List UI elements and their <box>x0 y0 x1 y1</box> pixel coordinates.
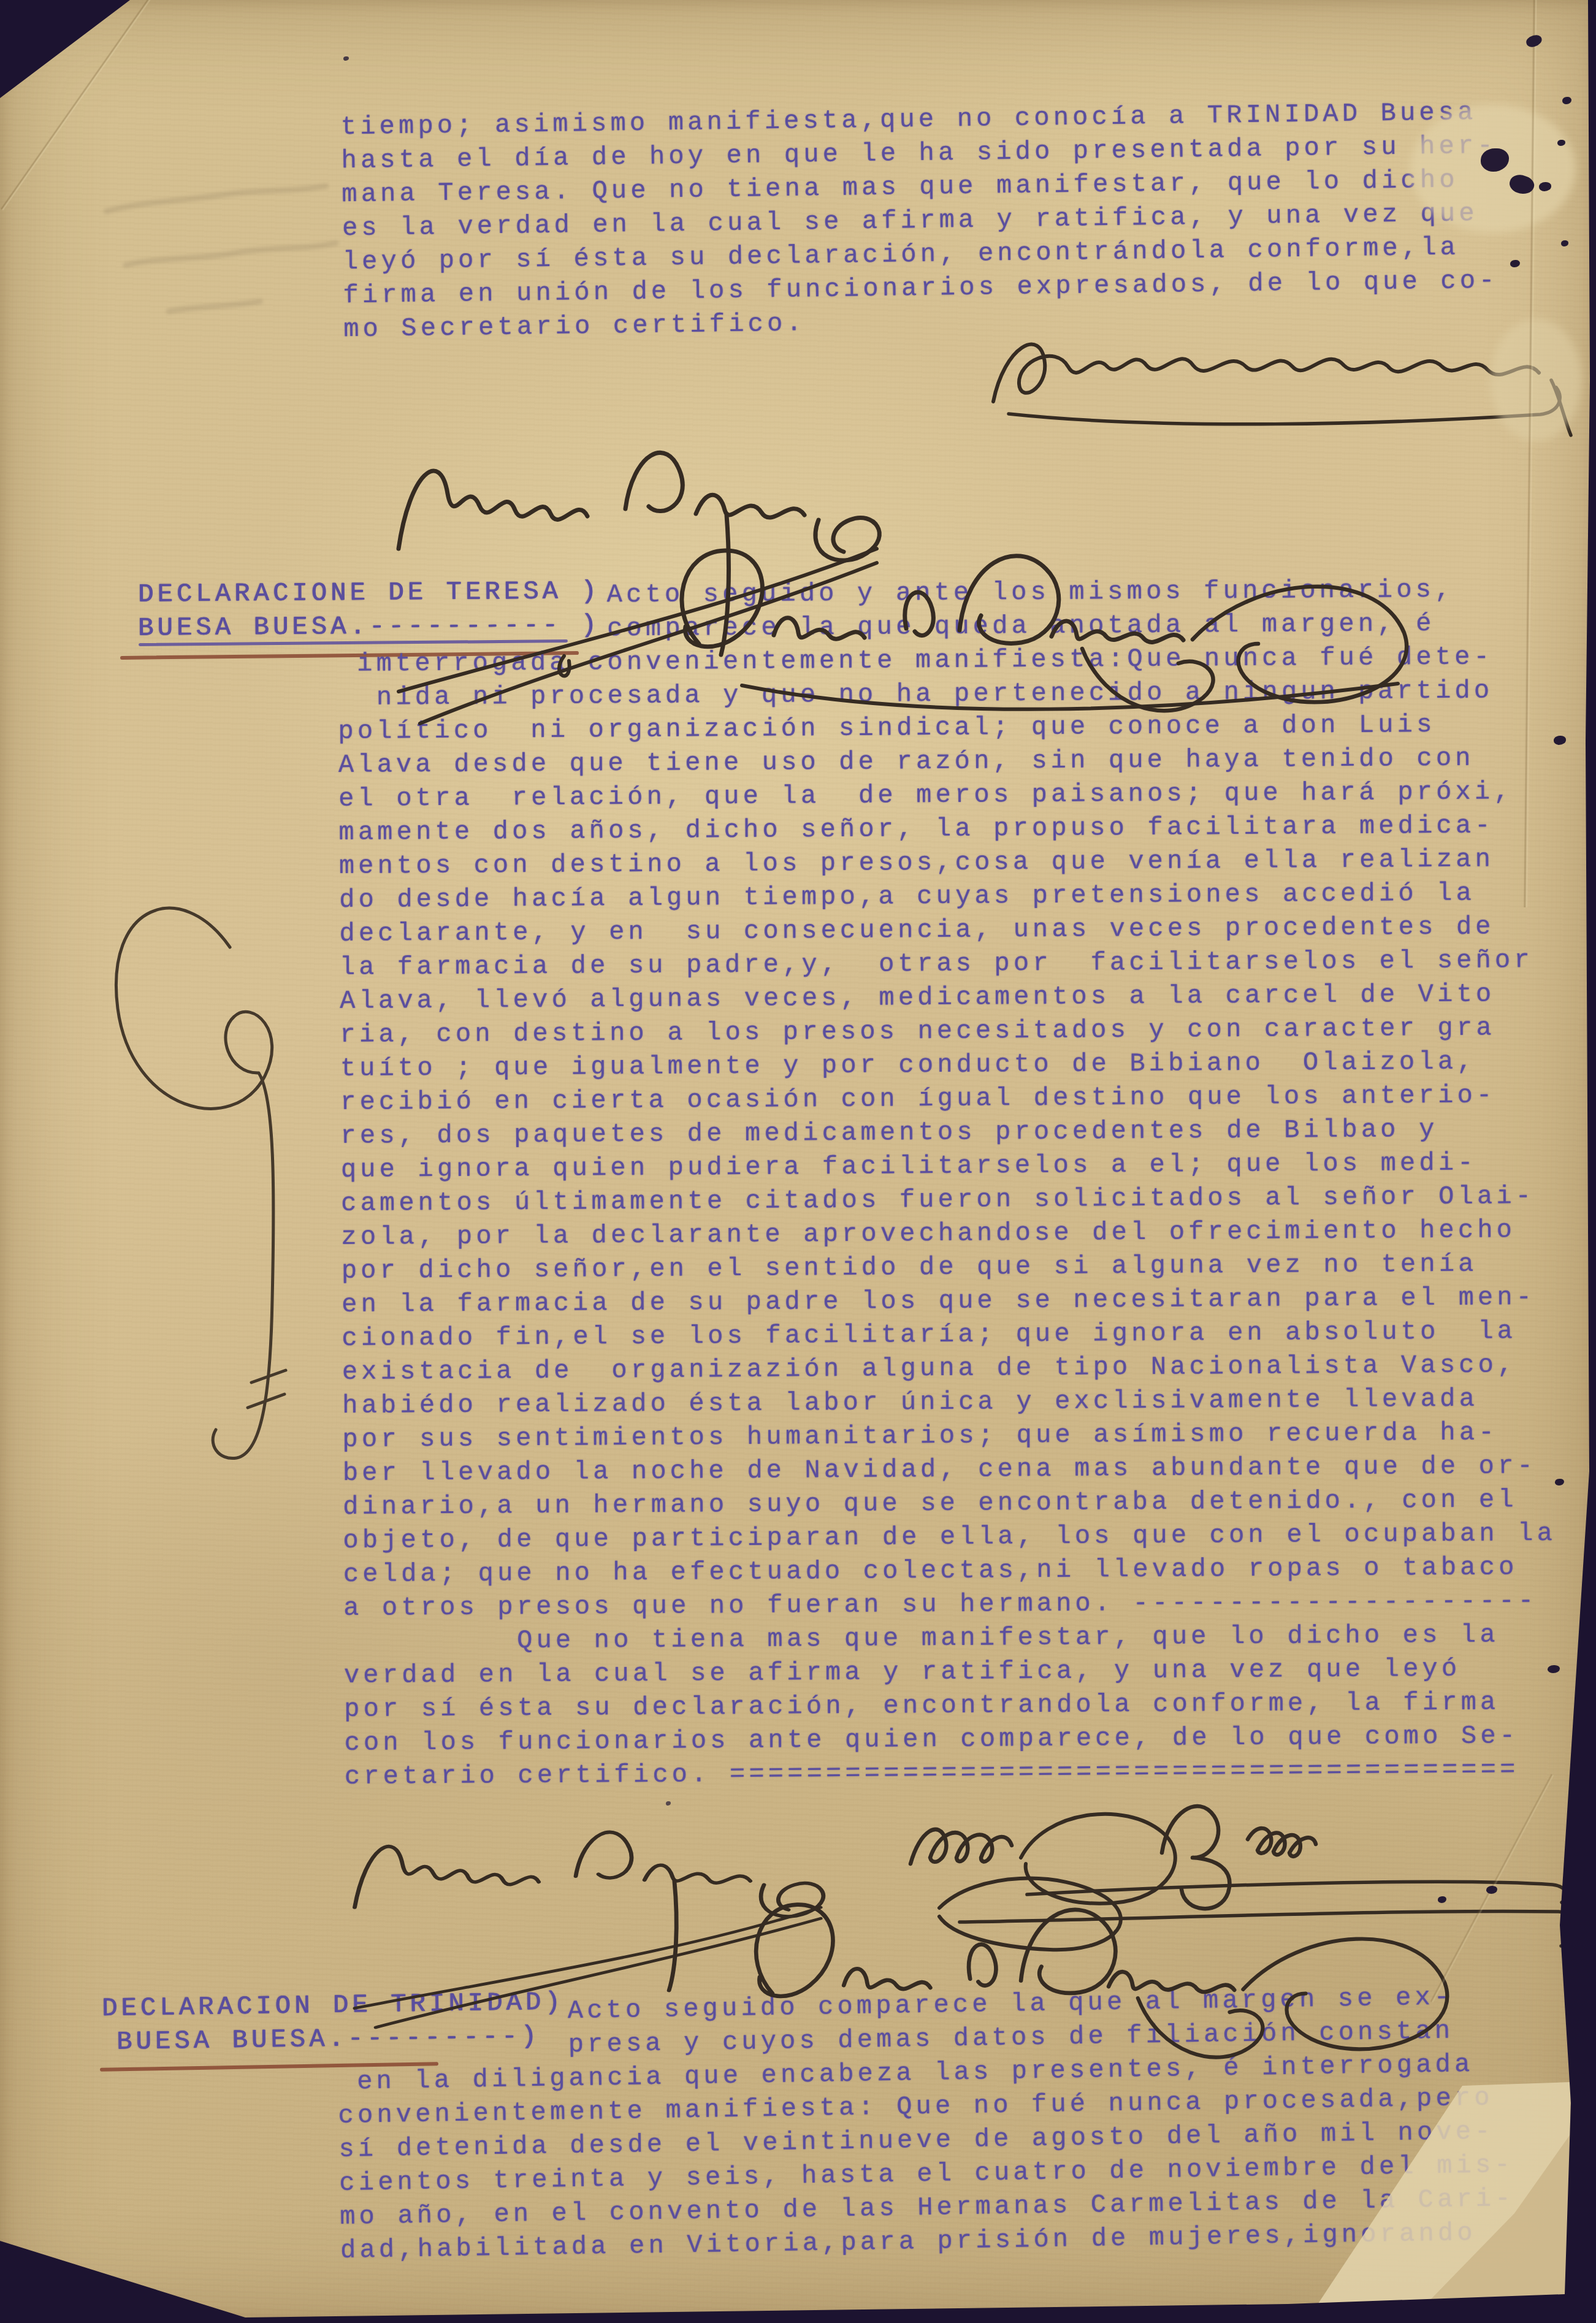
scan-background: tiempo; asimismo manifiesta,que no conoc… <box>0 0 1596 2323</box>
signature-juan-de-azueda-2 <box>681 1824 1490 2075</box>
abrasion-patch <box>1490 319 1582 441</box>
teresa-declaration-body: Acto seguido y ante los mismos funcionar… <box>337 573 1558 1794</box>
margin-flourish-mark <box>49 871 288 1527</box>
signature-juan-de-azueda-1 <box>613 466 1441 730</box>
document-page: tiempo; asimismo manifiesta,que no conoc… <box>0 0 1596 2323</box>
